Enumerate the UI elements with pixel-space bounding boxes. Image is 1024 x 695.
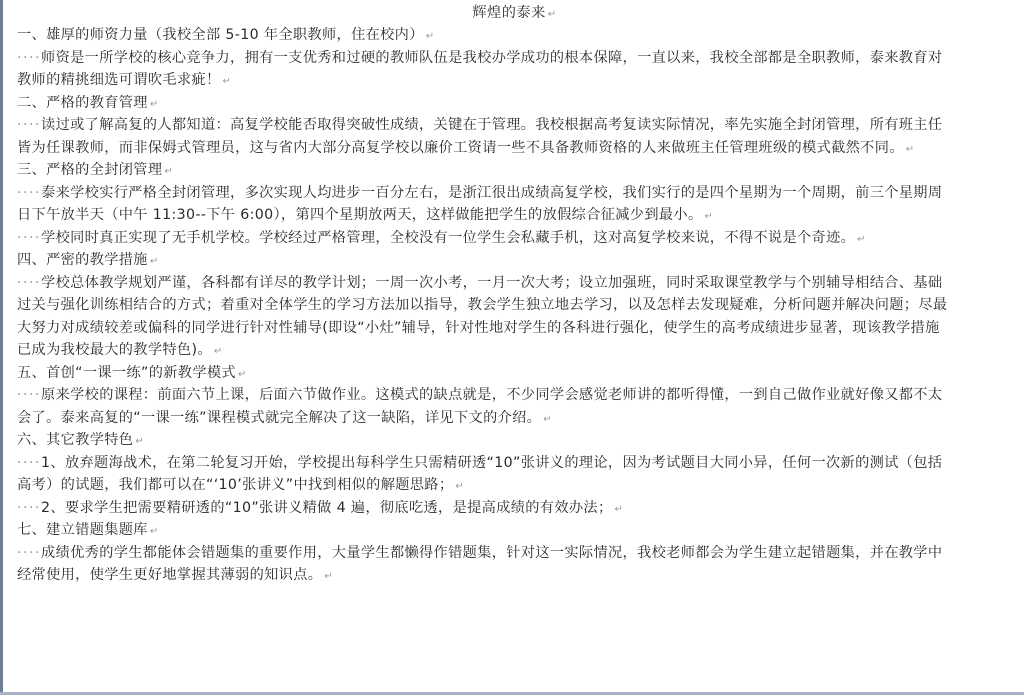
indent-space-marks: ····	[17, 117, 41, 133]
line-text: 教师的精挑细选可谓吹毛求疵！	[17, 72, 221, 88]
line-text: 1、放弃题海战术，在第二轮复习开始，学校提出每科学生只需精研透“10”张讲义的理…	[41, 455, 942, 471]
line-text: 日下午放半天（中午 11:30--下午 6:00），第四个星期放两天，这样做能把…	[17, 207, 703, 223]
line-text: 读过或了解高复的人都知道：高复学校能否取得突破性成绩，关键在于管理。我校根据高考…	[41, 117, 942, 133]
line-text: 经常使用，使学生更好地掌握其薄弱的知识点。	[17, 567, 322, 583]
paragraph-mark-icon: ↵	[426, 31, 435, 42]
line-text: 一、雄厚的师资力量（我校全部 5-10 年全职教师，住在校内）	[17, 27, 424, 43]
section-heading: 六、其它教学特色↵	[17, 429, 1012, 452]
indent-space-marks: ····	[17, 275, 41, 291]
paragraph-mark-icon: ↵	[543, 414, 552, 425]
paragraph-line: 大努力对成绩较差或偏科的同学进行针对性辅导(即设“小灶”辅导，针对性地对学生的各…	[17, 317, 1012, 340]
line-text: 高考）的试题，我们都可以在“‘10’张讲义”中找到相似的解题思路；	[17, 477, 453, 493]
indent-space-marks: ····	[17, 455, 41, 471]
paragraph-mark-icon: ↵	[214, 346, 223, 357]
indent-space-marks: ····	[17, 230, 41, 246]
section-heading: 一、雄厚的师资力量（我校全部 5-10 年全职教师，住在校内）↵	[17, 24, 1012, 47]
paragraph-mark-icon: ↵	[150, 99, 159, 110]
window-left-border	[0, 0, 3, 695]
paragraph-line: 皆为任课教师，而非保姆式管理员，这与省内大部分高复学校以廉价工资请一些不具备教师…	[17, 137, 1012, 160]
line-text: 成绩优秀的学生都能体会错题集的重要作用，大量学生都懒得作错题集，针对这一实际情况…	[41, 545, 942, 561]
paragraph-mark-icon: ↵	[164, 166, 173, 177]
paragraph-line: ····读过或了解高复的人都知道：高复学校能否取得突破性成绩，关键在于管理。我校…	[17, 114, 1012, 137]
paragraph-line: 经常使用，使学生更好地掌握其薄弱的知识点。↵	[17, 564, 1012, 587]
line-text: 会了。泰来高复的“一课一练”课程模式就完全解决了这一缺陷，详见下文的介绍。	[17, 410, 541, 426]
line-text: 六、其它教学特色	[17, 432, 133, 448]
line-text: 原来学校的课程：前面六节上课，后面六节做作业。这模式的缺点就是，不少同学会感觉老…	[41, 387, 942, 403]
paragraph-line: ····师资是一所学校的核心竞争力，拥有一支优秀和过硬的教师队伍是我校办学成功的…	[17, 47, 1012, 70]
paragraph-line: 日下午放半天（中午 11:30--下午 6:00），第四个星期放两天，这样做能把…	[17, 204, 1012, 227]
indent-space-marks: ····	[17, 50, 41, 66]
paragraph-line: ····泰来学校实行严格全封闭管理，多次实现人均进步一百分左右，是浙江很出成绩高…	[17, 182, 1012, 205]
paragraph-line: 教师的精挑细选可谓吹毛求疵！↵	[17, 69, 1012, 92]
document-title: 辉煌的泰来↵	[17, 0, 1012, 24]
line-text: 四、严密的教学措施	[17, 252, 148, 268]
line-text: 师资是一所学校的核心竞争力，拥有一支优秀和过硬的教师队伍是我校办学成功的根本保障…	[41, 50, 942, 66]
line-text: 学校同时真正实现了无手机学校。学校经过严格管理，全校没有一位学生会私藏手机，这对…	[41, 230, 855, 246]
paragraph-mark-icon: ↵	[906, 144, 915, 155]
line-text: 七、建立错题集题库	[17, 522, 148, 538]
paragraph-mark-icon: ↵	[705, 211, 714, 222]
section-heading: 二、严格的教育管理↵	[17, 92, 1012, 115]
paragraph-mark-icon: ↵	[150, 526, 159, 537]
line-text: 学校总体教学规划严谨，各科都有详尽的教学计划；一周一次小考，一月一次大考；设立加…	[41, 275, 942, 291]
paragraph-mark-icon: ↵	[455, 481, 464, 492]
indent-space-marks: ····	[17, 500, 41, 516]
line-text: 二、严格的教育管理	[17, 95, 148, 111]
line-text: 皆为任课教师，而非保姆式管理员，这与省内大部分高复学校以廉价工资请一些不具备教师…	[17, 140, 904, 156]
line-text: 过关与强化训练相结合的方式；着重对全体学生的学习方法加以指导，教会学生独立地去学…	[17, 297, 947, 313]
line-text: 2、要求学生把需要精研透的“10”张讲义精做 4 遍，彻底吃透，是提高成绩的有效…	[41, 500, 612, 516]
indent-space-marks: ····	[17, 185, 41, 201]
indent-space-marks: ····	[17, 545, 41, 561]
section-heading: 七、建立错题集题库↵	[17, 519, 1012, 542]
section-heading: 四、严密的教学措施↵	[17, 249, 1012, 272]
paragraph-mark-icon: ↵	[548, 9, 557, 20]
section-heading: 三、严格的全封闭管理↵	[17, 159, 1012, 182]
line-text: 大努力对成绩较差或偏科的同学进行针对性辅导(即设“小灶”辅导，针对性地对学生的各…	[17, 320, 940, 336]
paragraph-line: 会了。泰来高复的“一课一练”课程模式就完全解决了这一缺陷，详见下文的介绍。↵	[17, 407, 1012, 430]
section-heading: 五、首创“一课一练”的新教学模式↵	[17, 362, 1012, 385]
paragraph-line: 过关与强化训练相结合的方式；着重对全体学生的学习方法加以指导，教会学生独立地去学…	[17, 294, 1012, 317]
paragraph-mark-icon: ↵	[135, 436, 144, 447]
line-text: 五、首创“一课一练”的新教学模式	[17, 365, 236, 381]
paragraph-mark-icon: ↵	[615, 504, 624, 515]
paragraph-line: ····学校同时真正实现了无手机学校。学校经过严格管理，全校没有一位学生会私藏手…	[17, 227, 1012, 250]
document-page[interactable]: 辉煌的泰来↵ 一、雄厚的师资力量（我校全部 5-10 年全职教师，住在校内）↵·…	[17, 0, 1012, 587]
line-text: 三、严格的全封闭管理	[17, 162, 162, 178]
paragraph-line: ····2、要求学生把需要精研透的“10”张讲义精做 4 遍，彻底吃透，是提高成…	[17, 497, 1012, 520]
paragraph-mark-icon: ↵	[238, 369, 247, 380]
paragraph-line: ····1、放弃题海战术，在第二轮复习开始，学校提出每科学生只需精研透“10”张…	[17, 452, 1012, 475]
line-text: 泰来学校实行严格全封闭管理，多次实现人均进步一百分左右，是浙江很出成绩高复学校，…	[41, 185, 942, 201]
paragraph-line: ····原来学校的课程：前面六节上课，后面六节做作业。这模式的缺点就是，不少同学…	[17, 384, 1012, 407]
paragraph-mark-icon: ↵	[150, 256, 159, 267]
document-body[interactable]: 一、雄厚的师资力量（我校全部 5-10 年全职教师，住在校内）↵····师资是一…	[17, 24, 1012, 587]
paragraph-line: ····学校总体教学规划严谨，各科都有详尽的教学计划；一周一次小考，一月一次大考…	[17, 272, 1012, 295]
paragraph-mark-icon: ↵	[223, 76, 232, 87]
paragraph-mark-icon: ↵	[324, 571, 333, 582]
paragraph-line: 高考）的试题，我们都可以在“‘10’张讲义”中找到相似的解题思路；↵	[17, 474, 1012, 497]
title-text: 辉煌的泰来	[472, 5, 545, 21]
paragraph-line: 已成为我校最大的教学特色)。↵	[17, 339, 1012, 362]
paragraph-mark-icon: ↵	[857, 234, 866, 245]
paragraph-line: ····成绩优秀的学生都能体会错题集的重要作用，大量学生都懒得作错题集，针对这一…	[17, 542, 1012, 565]
line-text: 已成为我校最大的教学特色)。	[17, 342, 212, 358]
indent-space-marks: ····	[17, 387, 41, 403]
